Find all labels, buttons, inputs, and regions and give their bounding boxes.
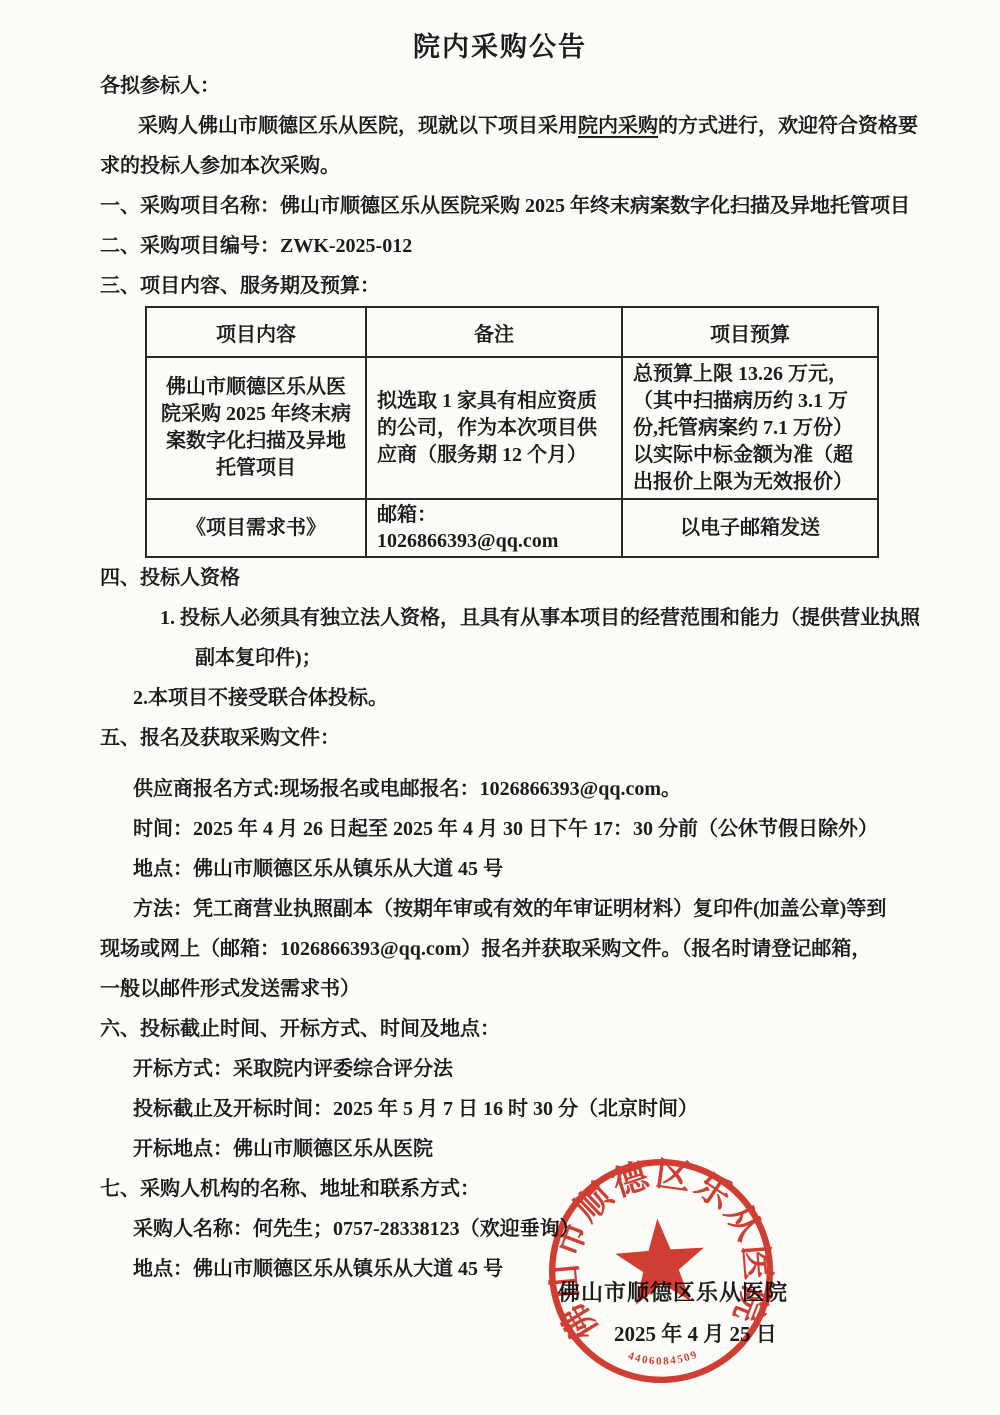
registration-time-line: 时间：2025 年 4 月 26 日起至 2025 年 4 月 30 日下午 1… [100, 809, 910, 849]
intro-text-post: 的方式进行，欢迎符合资格要 [658, 115, 918, 137]
document-body: 各拟参标人： 采购人佛山市顺德区乐从医院，现就以下项目采用院内采购的方式进行，欢… [0, 66, 1000, 1289]
cell-project-note: 拟选取 1 家具有相应资质的公司，作为本次项目供应商（服务期 12 个月） [366, 357, 622, 499]
qualification-item-1-line-1: 1. 投标人必须具有独立法人资格，且具有从事本项目的经营范围和能力（提供营业执照 [100, 598, 910, 638]
section-1-project-name: 一、采购项目名称：佛山市顺德区乐从医院采购 2025 年终末病案数字化扫描及异地… [100, 186, 910, 226]
seal-serial-number: 4406084509 [626, 1345, 701, 1370]
section-4-bidder-qualification: 四、投标人资格 [100, 558, 910, 598]
table-header-note: 备注 [366, 307, 622, 357]
table-header-row: 项目内容 备注 项目预算 [146, 307, 878, 357]
bid-opening-method-line: 开标方式：采取院内评委综合评分法 [100, 1049, 910, 1089]
salutation: 各拟参标人： [100, 66, 910, 106]
intro-underlined-term: 院内采购 [578, 115, 658, 137]
document-page: 院内采购公告 各拟参标人： 采购人佛山市顺德区乐从医院，现就以下项目采用院内采购… [0, 0, 1000, 1415]
svg-text:4406084509: 4406084509 [626, 1345, 701, 1370]
section-6-bid-opening: 六、投标截止时间、开标方式、时间及地点： [100, 1009, 910, 1049]
table-header-budget: 项目预算 [622, 307, 878, 357]
table-header-content: 项目内容 [146, 307, 366, 357]
qualification-item-1-line-2: 副本复印件)； [100, 638, 910, 678]
bid-opening-place-line: 开标地点：佛山市顺德区乐从医院 [100, 1129, 910, 1169]
seal-star-icon [613, 1215, 708, 1306]
project-table: 项目内容 备注 项目预算 佛山市顺德区乐从医院采购 2025 年终末病案数字化扫… [145, 306, 879, 558]
intro-text-pre: 采购人佛山市顺德区乐从医院，现就以下项目采用 [138, 115, 578, 137]
purchaser-name-line: 采购人名称：何先生；0757-28338123（欢迎垂询） [100, 1209, 910, 1249]
section-3-content-budget: 三、项目内容、服务期及预算： [100, 266, 910, 306]
document-title: 院内采购公告 [0, 0, 1000, 66]
registration-method-line: 供应商报名方式:现场报名或电邮报名：1026866393@qq.com。 [100, 769, 910, 809]
qualification-item-2: 2.本项目不接受联合体投标。 [100, 678, 910, 718]
intro-line-1: 采购人佛山市顺德区乐从医院，现就以下项目采用院内采购的方式进行，欢迎符合资格要 [100, 106, 910, 146]
cell-project-budget: 总预算上限 13.26 万元，（其中扫描病历约 3.1 万份,托管病案约 7.1… [622, 357, 878, 499]
registration-procedure-line-1: 方法：凭工商营业执照副本（按期年审或有效的年审证明材料）复印件(加盖公章)等到 [100, 889, 910, 929]
cell-requirements-doc: 《项目需求书》 [146, 499, 366, 557]
section-7-purchaser-contact: 七、采购人机构的名称、地址和联系方式： [100, 1169, 910, 1209]
purchaser-address-line: 地点：佛山市顺德区乐从镇乐从大道 45 号 [100, 1249, 910, 1289]
intro-line-2: 求的投标人参加本次采购。 [100, 146, 910, 186]
cell-requirements-email: 邮箱：1026866393@qq.com [366, 499, 622, 557]
registration-address-line: 地点：佛山市顺德区乐从镇乐从大道 45 号 [100, 849, 910, 889]
table-row-project: 佛山市顺德区乐从医院采购 2025 年终末病案数字化扫描及异地托管项目 拟选取 … [146, 357, 878, 499]
cell-requirements-delivery: 以电子邮箱发送 [622, 499, 878, 557]
section-5-registration: 五、报名及获取采购文件： [100, 718, 910, 758]
table-row-requirements: 《项目需求书》 邮箱：1026866393@qq.com 以电子邮箱发送 [146, 499, 878, 557]
section-2-project-code: 二、采购项目编号：ZWK-2025-012 [100, 226, 910, 266]
cell-project-content: 佛山市顺德区乐从医院采购 2025 年终末病案数字化扫描及异地托管项目 [146, 357, 366, 499]
bid-deadline-line: 投标截止及开标时间：2025 年 5 月 7 日 16 时 30 分（北京时间） [100, 1089, 910, 1129]
registration-procedure-line-2: 现场或网上（邮箱：1026866393@qq.com）报名并获取采购文件。（报名… [100, 929, 910, 969]
official-seal-stamp: 佛山市顺德区乐从医院 4406084509 [536, 1146, 786, 1396]
registration-procedure-line-3: 一般以邮件形式发送需求书） [100, 969, 910, 1009]
